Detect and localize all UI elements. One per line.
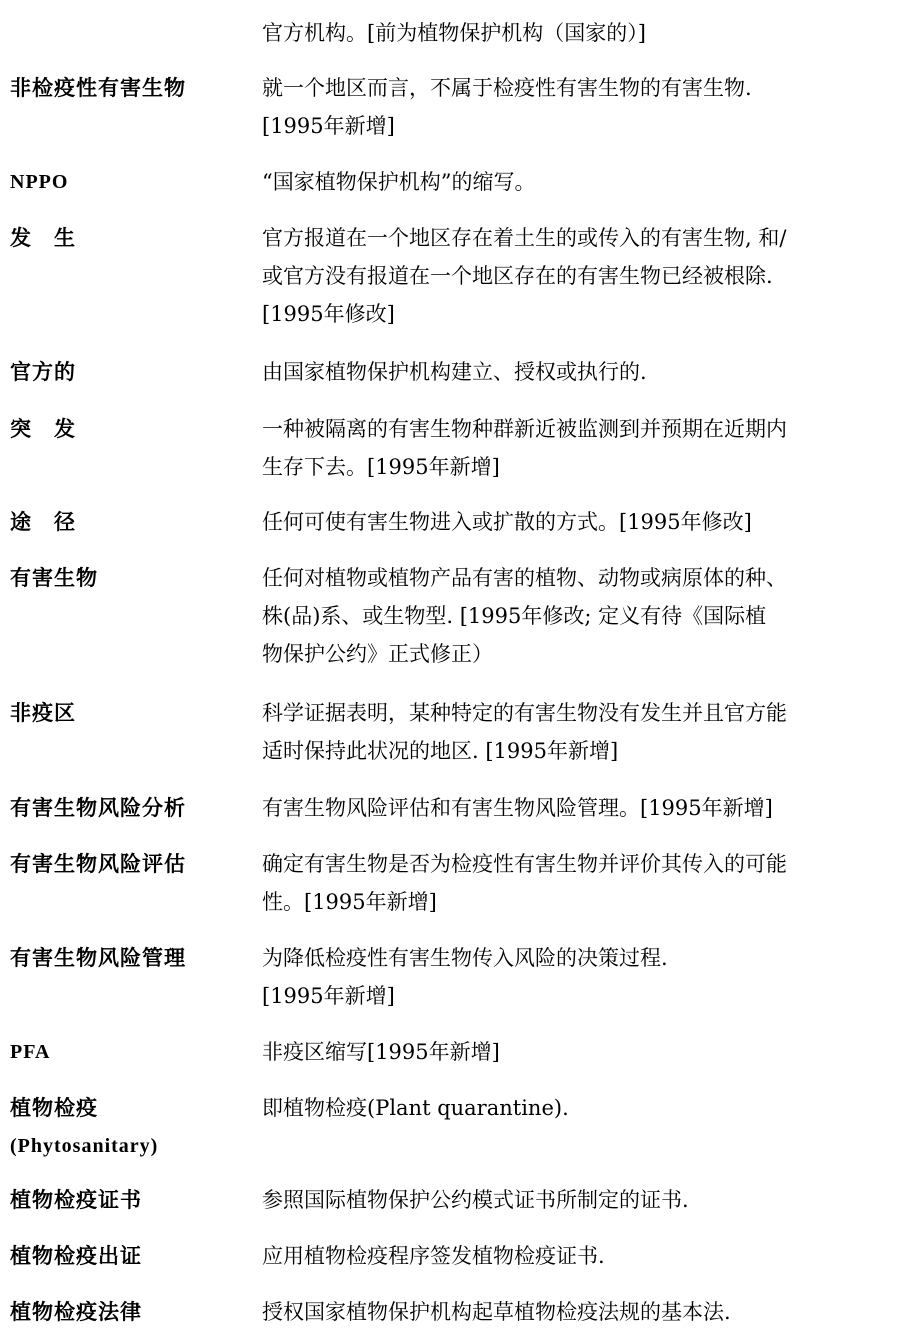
definition: 参照国际植物保护公约模式证书所制定的证书. xyxy=(262,1181,892,1219)
definition-line: 科学证据表明，某种特定的有害生物没有发生并且官方能 xyxy=(262,694,892,732)
definition-line: 官方报道在一个地区存在着土生的或传入的有害生物, 和/ xyxy=(262,219,892,257)
definition: 即植物检疫(Plant quarantine). xyxy=(262,1089,892,1127)
definition: 就一个地区而言，不属于检疫性有害生物的有害生物. [1995年新增] xyxy=(262,69,892,145)
definition: 非疫区缩写[1995年新增] xyxy=(262,1033,892,1071)
definition-line: 就一个地区而言，不属于检疫性有害生物的有害生物. xyxy=(262,69,892,107)
definition: 任何可使有害生物进入或扩散的方式。[1995年修改] xyxy=(262,503,892,541)
definition-line: 确定有害生物是否为检疫性有害生物并评价其传入的可能 xyxy=(262,845,892,883)
term: 植物检疫 (Phytosanitary) xyxy=(10,1089,250,1165)
term: 突 发 xyxy=(10,410,250,448)
definition-line: [1995年新增] xyxy=(262,977,892,1015)
definition: 科学证据表明，某种特定的有害生物没有发生并且官方能 适时保持此状况的地区. [1… xyxy=(262,694,892,770)
term-line: 有害生物 xyxy=(10,559,250,597)
term: 官方的 xyxy=(10,353,250,391)
term-line: 植物检疫证书 xyxy=(10,1181,250,1219)
definition-line: “国家植物保护机构”的缩写。 xyxy=(262,163,892,201)
term: 有害生物风险管理 xyxy=(10,939,250,977)
definition-line: 或官方没有报道在一个地区存在的有害生物已经被根除. xyxy=(262,257,892,295)
definition-line: 应用植物检疫程序签发植物检疫证书. xyxy=(262,1237,892,1275)
definition-line: [1995年新增] xyxy=(262,107,892,145)
term-line: 植物检疫 xyxy=(10,1089,250,1127)
definition-line: 适时保持此状况的地区. [1995年新增] xyxy=(262,732,892,770)
term: 非疫区 xyxy=(10,694,250,732)
definition-line: 任何对植物或植物产品有害的植物、动物或病原体的种、 xyxy=(262,559,892,597)
definition-line: 授权国家植物保护机构起草植物检疫法规的基本法. xyxy=(262,1293,892,1331)
definition-line: 为降低检疫性有害生物传入风险的决策过程. xyxy=(262,939,892,977)
term: 有害生物风险分析 xyxy=(10,789,250,827)
definition-line: 参照国际植物保护公约模式证书所制定的证书. xyxy=(262,1181,892,1219)
definition-line: 物保护公约》正式修正） xyxy=(262,635,892,673)
term-line: PFA xyxy=(10,1033,250,1071)
definition-line: 即植物检疫(Plant quarantine). xyxy=(262,1089,892,1127)
definition: 为降低检疫性有害生物传入风险的决策过程. [1995年新增] xyxy=(262,939,892,1015)
term-line: 非检疫性有害生物 xyxy=(10,69,250,107)
term: 非检疫性有害生物 xyxy=(10,69,250,107)
definition-line: 有害生物风险评估和有害生物风险管理。[1995年新增] xyxy=(262,789,892,827)
definition-line: 生存下去。[1995年新增] xyxy=(262,448,892,486)
definition-line: 一种被隔离的有害生物种群新近被监测到并预期在近期内 xyxy=(262,410,892,448)
definition: 任何对植物或植物产品有害的植物、动物或病原体的种、 株(品)系、或生物型. [1… xyxy=(262,559,892,673)
term-line: 突 发 xyxy=(10,410,250,448)
definition-line: 性。[1995年新增] xyxy=(262,883,892,921)
term: 发 生 xyxy=(10,219,250,257)
term: NPPO xyxy=(10,163,250,201)
term-line: (Phytosanitary) xyxy=(10,1127,250,1165)
term-line: NPPO xyxy=(10,163,250,201)
definition: 由国家植物保护机构建立、授权或执行的. xyxy=(262,353,892,391)
term-line: 官方的 xyxy=(10,353,250,391)
term-line: 发 生 xyxy=(10,219,250,257)
definition: 有害生物风险评估和有害生物风险管理。[1995年新增] xyxy=(262,789,892,827)
definition: 一种被隔离的有害生物种群新近被监测到并预期在近期内 生存下去。[1995年新增] xyxy=(262,410,892,486)
term: PFA xyxy=(10,1033,250,1071)
definition-line: 由国家植物保护机构建立、授权或执行的. xyxy=(262,353,892,391)
definition-line: 非疫区缩写[1995年新增] xyxy=(262,1033,892,1071)
term-line: 有害生物风险评估 xyxy=(10,845,250,883)
definition: 授权国家植物保护机构起草植物检疫法规的基本法. xyxy=(262,1293,892,1331)
term: 有害生物 xyxy=(10,559,250,597)
definition: 应用植物检疫程序签发植物检疫证书. xyxy=(262,1237,892,1275)
term-line: 途 径 xyxy=(10,503,250,541)
term: 植物检疫出证 xyxy=(10,1237,250,1275)
term-line: 有害生物风险管理 xyxy=(10,939,250,977)
term: 有害生物风险评估 xyxy=(10,845,250,883)
definition-line: 株(品)系、或生物型. [1995年修改; 定义有待《国际植 xyxy=(262,597,892,635)
term: 途 径 xyxy=(10,503,250,541)
term: 植物检疫法律 xyxy=(10,1293,250,1331)
term-line: 非疫区 xyxy=(10,694,250,732)
term-line: 植物检疫法律 xyxy=(10,1293,250,1331)
definition: 官方报道在一个地区存在着土生的或传入的有害生物, 和/ 或官方没有报道在一个地区… xyxy=(262,219,892,333)
definition: “国家植物保护机构”的缩写。 xyxy=(262,163,892,201)
definition-line: [1995年修改] xyxy=(262,295,892,333)
definition: 官方机构。[前为植物保护机构（国家的）] xyxy=(262,14,892,52)
definition-line: 任何可使有害生物进入或扩散的方式。[1995年修改] xyxy=(262,503,892,541)
definition: 确定有害生物是否为检疫性有害生物并评价其传入的可能 性。[1995年新增] xyxy=(262,845,892,921)
term: 植物检疫证书 xyxy=(10,1181,250,1219)
term-line: 植物检疫出证 xyxy=(10,1237,250,1275)
term-line: 有害生物风险分析 xyxy=(10,789,250,827)
definition-line: 官方机构。[前为植物保护机构（国家的）] xyxy=(262,14,892,52)
glossary-page: 官方机构。[前为植物保护机构（国家的）] 非检疫性有害生物 就一个地区而言，不属… xyxy=(0,0,900,1342)
